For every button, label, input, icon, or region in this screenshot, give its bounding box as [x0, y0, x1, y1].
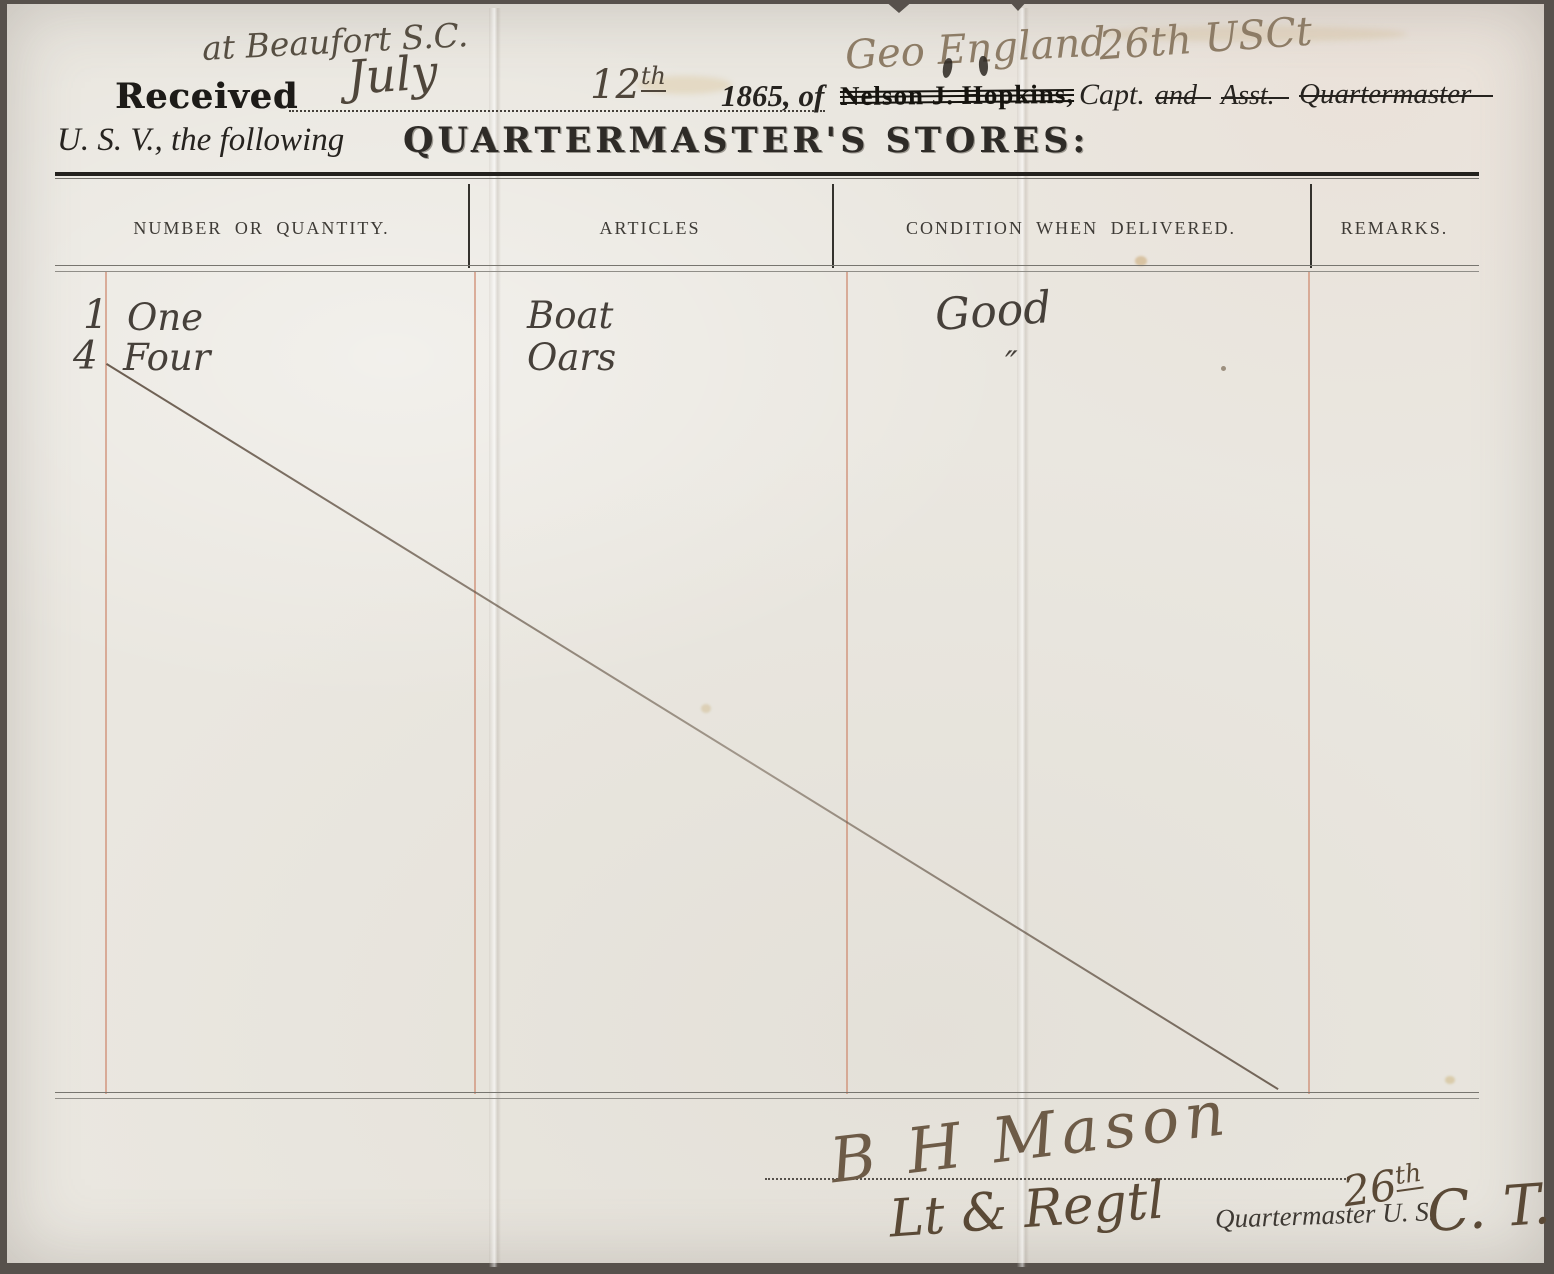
- red-rule: [474, 272, 476, 1094]
- subject-prefix: U. S. V., the following: [57, 122, 344, 159]
- stain: [1445, 1076, 1455, 1084]
- cell-number: 1: [83, 292, 108, 338]
- scanned-document: at Beaufort S.C. Geo England 26th USCt R…: [0, 0, 1554, 1274]
- stain: [701, 704, 711, 713]
- cell-quantity: One: [127, 296, 203, 339]
- rule-table-bottom: [55, 1092, 1479, 1099]
- fold-crease-right: [1017, 8, 1029, 1267]
- stamped-name: Nelson J. Hopkins,: [840, 79, 1074, 112]
- cell-condition: Good: [933, 282, 1053, 341]
- day-number: 12: [590, 62, 641, 108]
- title-capt: Capt.: [1079, 78, 1145, 112]
- handwritten-month: July: [345, 45, 439, 106]
- cell-condition-ditto: ″: [1005, 344, 1018, 384]
- unit-number-suffix: th: [1393, 1158, 1423, 1192]
- printed-year-of: 1865, of: [721, 78, 824, 114]
- stain: [1221, 366, 1226, 371]
- struck-quartermaster: Quartermaster: [1299, 78, 1493, 111]
- paper: at Beaufort S.C. Geo England 26th USCt R…: [7, 4, 1544, 1263]
- form-title: QUARTERMASTER'S STORES:: [403, 120, 1089, 161]
- received-label: Received: [115, 76, 298, 117]
- struck-and: and: [1155, 80, 1211, 112]
- unit-number: 26: [1340, 1160, 1400, 1216]
- red-rule: [846, 272, 848, 1094]
- diagonal-cancel-line: [106, 363, 1279, 1090]
- annotation-unit-pencil: 26th USCt: [1098, 9, 1314, 70]
- handwritten-day: 12th: [590, 62, 666, 108]
- column-header-condition: CONDITION WHEN DELIVERED.: [832, 218, 1310, 239]
- struck-asst: Asst.: [1221, 80, 1289, 112]
- red-rule: [105, 272, 107, 1094]
- cell-article: Boat: [527, 294, 613, 337]
- day-suffix: th: [641, 62, 666, 92]
- signature-unit-letters: C. T.: [1425, 1172, 1553, 1245]
- rule-under-headers: [55, 265, 1479, 272]
- cell-quantity: Four: [123, 336, 210, 379]
- annotation-name-pencil: Geo England: [844, 19, 1107, 79]
- column-header-articles: ARTICLES: [468, 218, 832, 239]
- cell-article: Oars: [527, 336, 616, 379]
- column-header-quantity: NUMBER OR QUANTITY.: [55, 218, 468, 239]
- rule-heavy: [55, 172, 1479, 179]
- cell-number: 4: [73, 334, 98, 379]
- fold-crease-left: [489, 8, 501, 1267]
- column-header-remarks: REMARKS.: [1310, 218, 1479, 239]
- red-rule: [1308, 272, 1310, 1094]
